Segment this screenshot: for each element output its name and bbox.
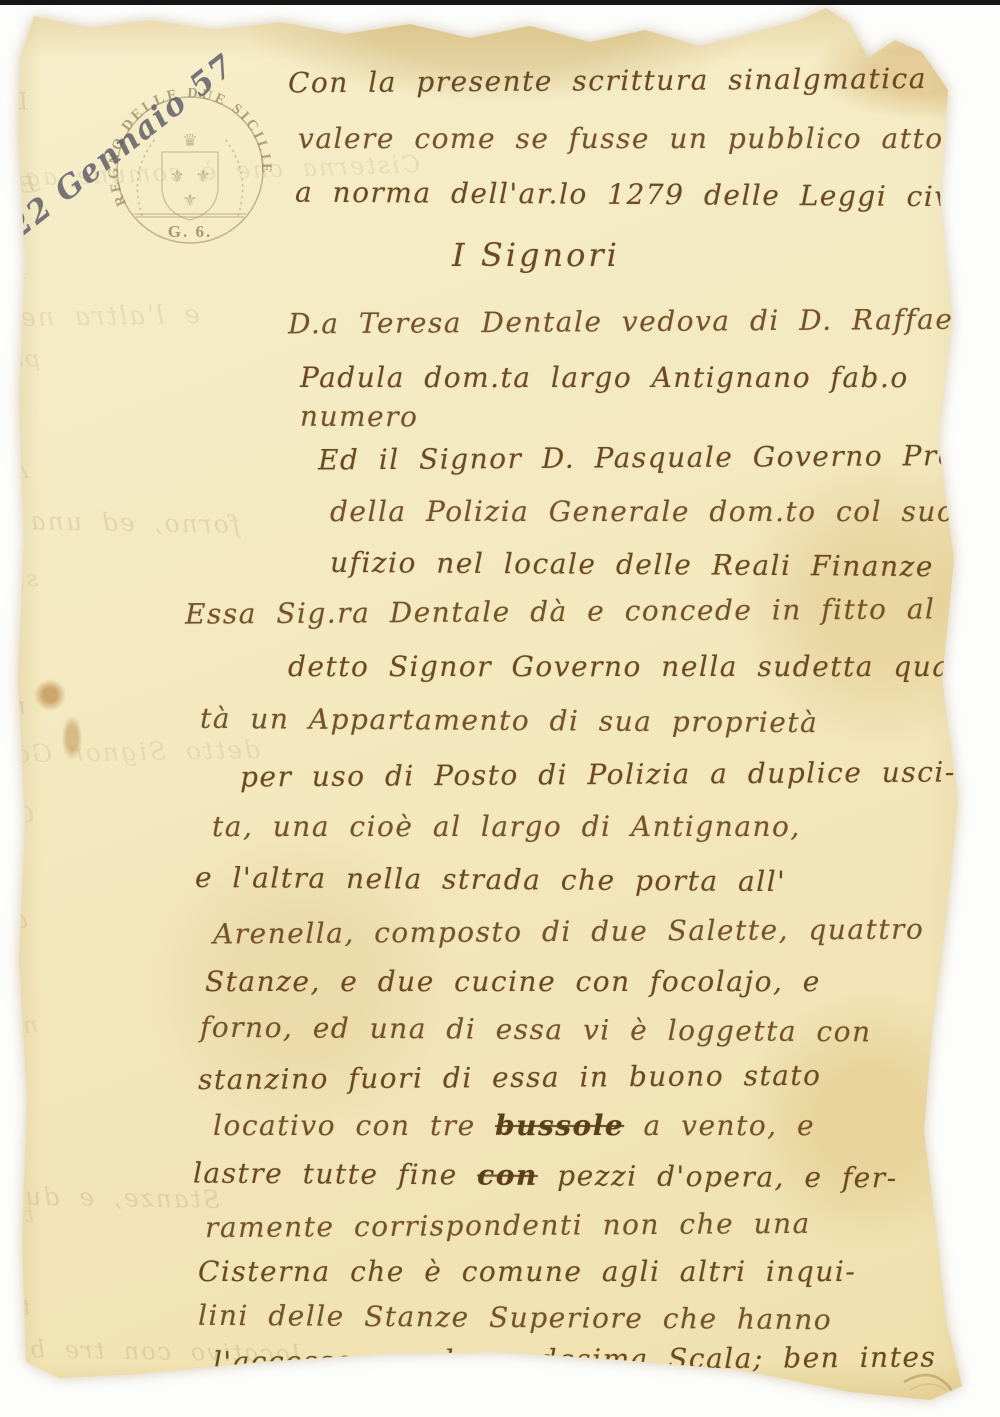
scan-edge-strip (0, 0, 1000, 5)
bleed-through-line: Essa Sig.ra De (0, 244, 27, 285)
manuscript-line: Stanze, e due cucine con focolajo, e (205, 965, 821, 998)
manuscript-line: lastre tutte fine con pezzi d'opera, e f… (193, 1157, 898, 1195)
manuscript-line: valere come se fusse un pubblico atto (298, 122, 944, 155)
manuscript-line: e l'altra nella strada che porta all' (195, 861, 787, 898)
manuscript-line: ramente corrispondenti non che una (205, 1207, 811, 1244)
manuscript-line: forno, ed una di essa vi è loggetta con (200, 1011, 872, 1049)
struck-word: bussole (495, 1109, 624, 1142)
manuscript-line: Essa Sig.ra Dentale dà e concede in fitt… (185, 592, 936, 630)
paper-sheet: D.a Teresa DeEd il SignorEssa Sig.ra Dep… (0, 0, 1000, 1417)
bleed-through-line: ufizio nel lo (0, 1096, 27, 1134)
manuscript-line: tà un Appartamento di sua proprietà (200, 702, 819, 739)
manuscript-line: ta, una cioè al largo di Antignano, (212, 810, 801, 843)
manuscript-line: lini delle Stanze Superiore che hanno (198, 1299, 832, 1336)
manuscript-line: ufizio nel locale delle Reali Finanze (330, 546, 934, 583)
manuscript-line: detto Signor Governo nella sudetta quali… (288, 650, 982, 683)
manuscript-line: Arenella, composto di due Salette, quatt… (213, 913, 925, 951)
scanned-manuscript-document: D.a Teresa DeEd il SignorEssa Sig.ra Dep… (0, 0, 1000, 1417)
manuscript-line: Cisterna che è comune agli altri inqui- (198, 1255, 856, 1288)
manuscript-line: l'accesso per la medesima Scala; ben int… (213, 1340, 937, 1378)
manuscript-line: a norma dell'ar.lo 1279 delle Leggi civi… (295, 176, 983, 214)
manuscript-line: Ed il Signor D. Pasquale Governo Prefett… (318, 439, 1000, 477)
manuscript-line: della Polizia Generale dom.to col suo (330, 495, 955, 528)
curled-corner-crease (900, 1330, 970, 1410)
manuscript-body-text: Con la presente scrittura sinalgmatica d… (0, 0, 1000, 1417)
manuscript-line: numero (300, 400, 419, 434)
manuscript-line: per uso di Posto di Polizia a duplice us… (240, 756, 956, 794)
manuscript-line: Con la presente scrittura sinalgmatica d… (288, 62, 984, 100)
struck-word: con (477, 1159, 538, 1192)
manuscript-line: locativo con tre bussole a vento, e (213, 1109, 815, 1142)
paper-surface: D.a Teresa DeEd il SignorEssa Sig.ra Dep… (0, 0, 1000, 1417)
manuscript-line: stanzino fuori di essa in buono stato (198, 1059, 822, 1096)
manuscript-line: D.a Teresa Dentale vedova di D. Raffaele (288, 303, 982, 341)
manuscript-line: Padula dom.ta largo Antignano fab.o (300, 361, 909, 394)
